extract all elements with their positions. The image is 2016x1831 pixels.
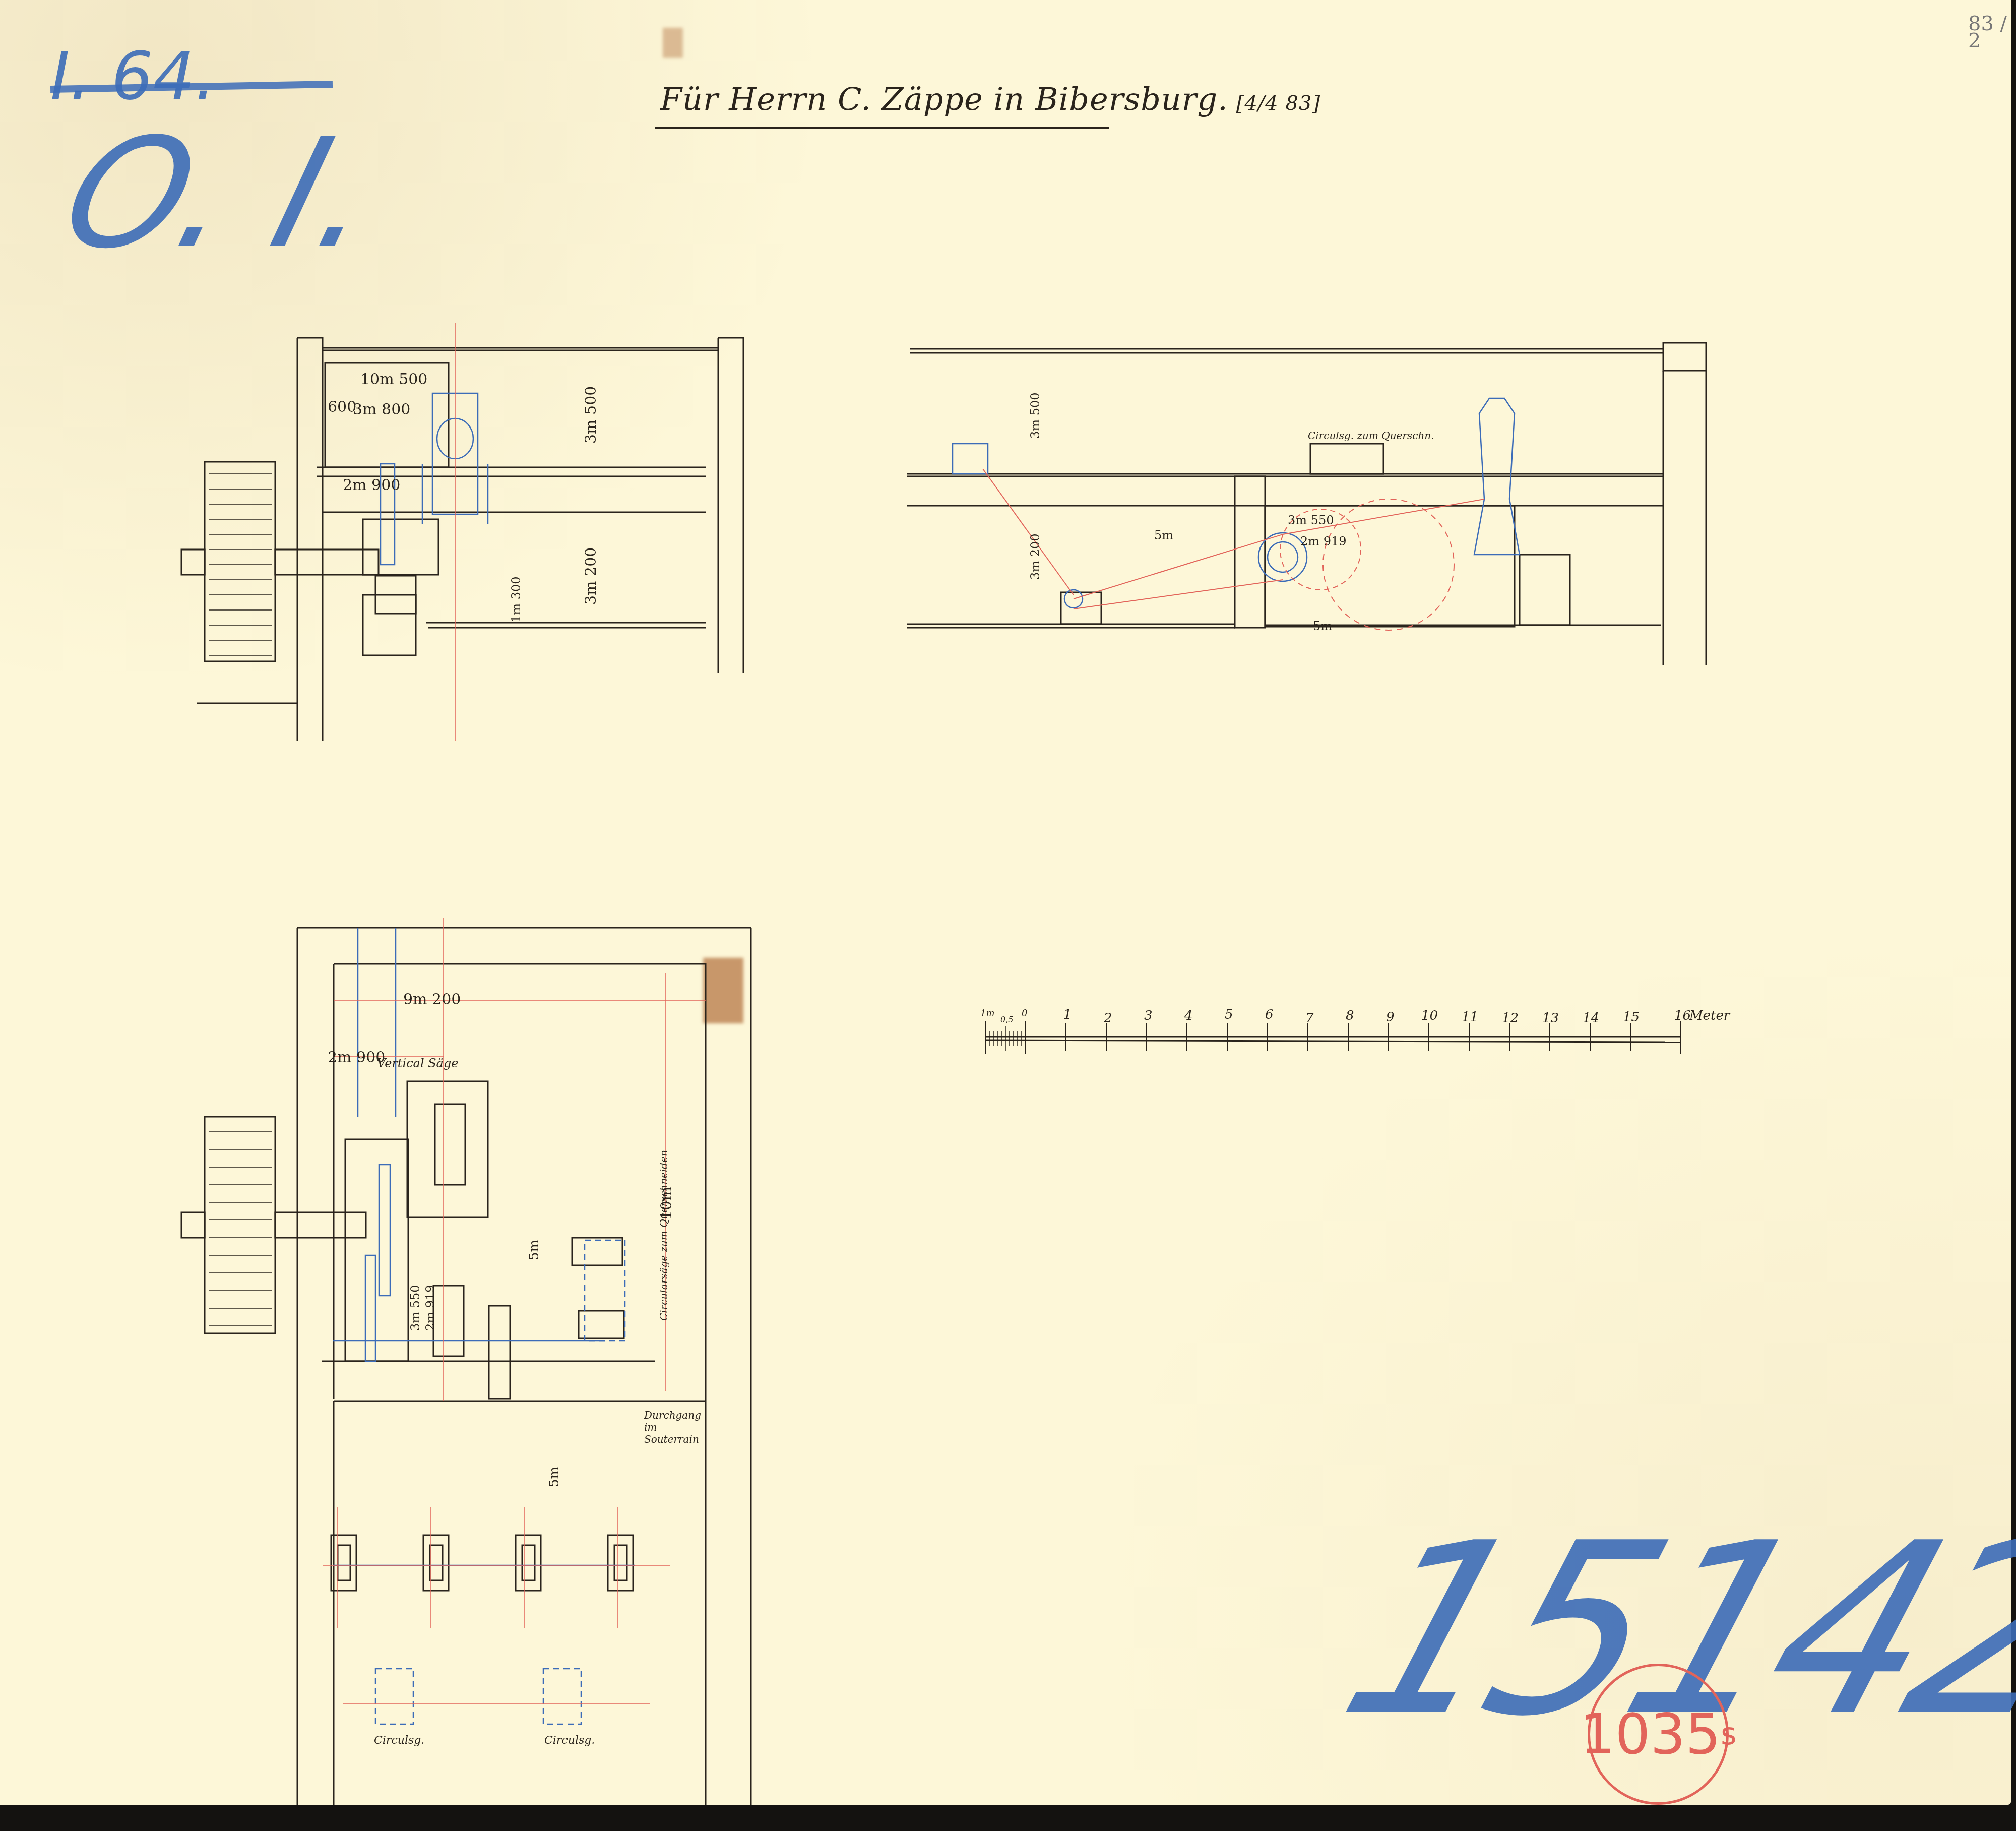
dim-pulley-offset: 2m 919 <box>1300 534 1346 548</box>
dim-lower-span: 5m <box>1313 619 1332 633</box>
dim-inner-width: 3m 800 <box>353 401 410 418</box>
scale-sub-label: 0 <box>1022 1008 1027 1019</box>
dim-plan-depth-b: 2m 919 <box>423 1285 437 1331</box>
label-circular-saw-crosscut: Circulsg. zum Querschn. <box>1308 430 1434 442</box>
scale-tick-label: 6 <box>1265 1007 1274 1022</box>
archive-stamp: 1035s <box>1588 1664 1729 1805</box>
dim-plan-width: 9m 200 <box>403 991 461 1008</box>
label-circular-saw-2: Circulsg. <box>544 1734 595 1747</box>
scale-sub-label: 1m <box>980 1008 995 1019</box>
scale-tick-label: 12 <box>1502 1011 1519 1026</box>
scale-tick-label: 15 <box>1623 1010 1640 1025</box>
dim-lower-height: 3m 200 <box>582 547 600 605</box>
scale-tick-label: 7 <box>1305 1011 1314 1026</box>
dim-width-overall: 10m 500 <box>360 371 427 388</box>
belt-lines <box>983 469 1484 630</box>
label-circular-saw-1: Circulsg. <box>374 1734 424 1747</box>
scale-tick-label: 16 <box>1674 1008 1691 1023</box>
scale-sub-label: 0,5 <box>1000 1015 1013 1024</box>
scale-tick-label: 3 <box>1144 1008 1153 1023</box>
dim-right-upper-height: 3m 500 <box>1028 393 1042 439</box>
scale-tick-label: 13 <box>1542 1011 1559 1026</box>
scale-tick-label: 8 <box>1346 1008 1354 1023</box>
stamp-number: 1035 <box>1580 1702 1721 1766</box>
scale-tick-label: 5 <box>1225 1007 1233 1022</box>
scale-unit-label: Meter <box>1689 1008 1730 1023</box>
dim-belt-span: 5m <box>1154 528 1173 542</box>
dim-right-lower-height: 3m 200 <box>1028 534 1042 580</box>
label-crosscut-saw: Circularsäge zum Querschneiden <box>658 1150 670 1321</box>
dim-pulley-spacing: 3m 550 <box>1288 513 1334 527</box>
dim-left-offset: 600 <box>328 398 356 416</box>
dim-shaft-offset: 2m 900 <box>343 476 400 494</box>
stamp-suffix: s <box>1721 1717 1736 1752</box>
right-section-view <box>907 343 1706 665</box>
dim-upper-height: 3m 500 <box>582 386 600 444</box>
label-vertical-saw: Vertical Säge <box>377 1056 459 1070</box>
dim-plan-depth-a: 3m 550 <box>408 1285 422 1331</box>
drawing-sheet: I. 64. O. I. 83 / 2 Für Herrn C. Zäppe i… <box>0 0 2011 1805</box>
plan-machines <box>333 928 635 1724</box>
dim-base-height: 1m 300 <box>509 577 523 623</box>
scale-tick-label: 14 <box>1583 1011 1599 1026</box>
left-section-view <box>181 338 743 741</box>
scale-tick-label: 2 <box>1104 1011 1112 1026</box>
scale-tick-label: 1 <box>1063 1007 1072 1022</box>
scale-tick-label: 11 <box>1462 1010 1478 1025</box>
scale-tick-label: 4 <box>1184 1008 1193 1023</box>
scale-tick-label: 10 <box>1421 1008 1438 1023</box>
scale-tick-label: 9 <box>1386 1010 1395 1025</box>
label-passage-basement: Durchgang im Souterrain <box>644 1409 705 1445</box>
scale-bar-graphic <box>985 1021 1681 1054</box>
dim-plan-lower-span: 5m <box>547 1467 562 1487</box>
dim-plan-vertical-span: 5m <box>527 1240 542 1260</box>
